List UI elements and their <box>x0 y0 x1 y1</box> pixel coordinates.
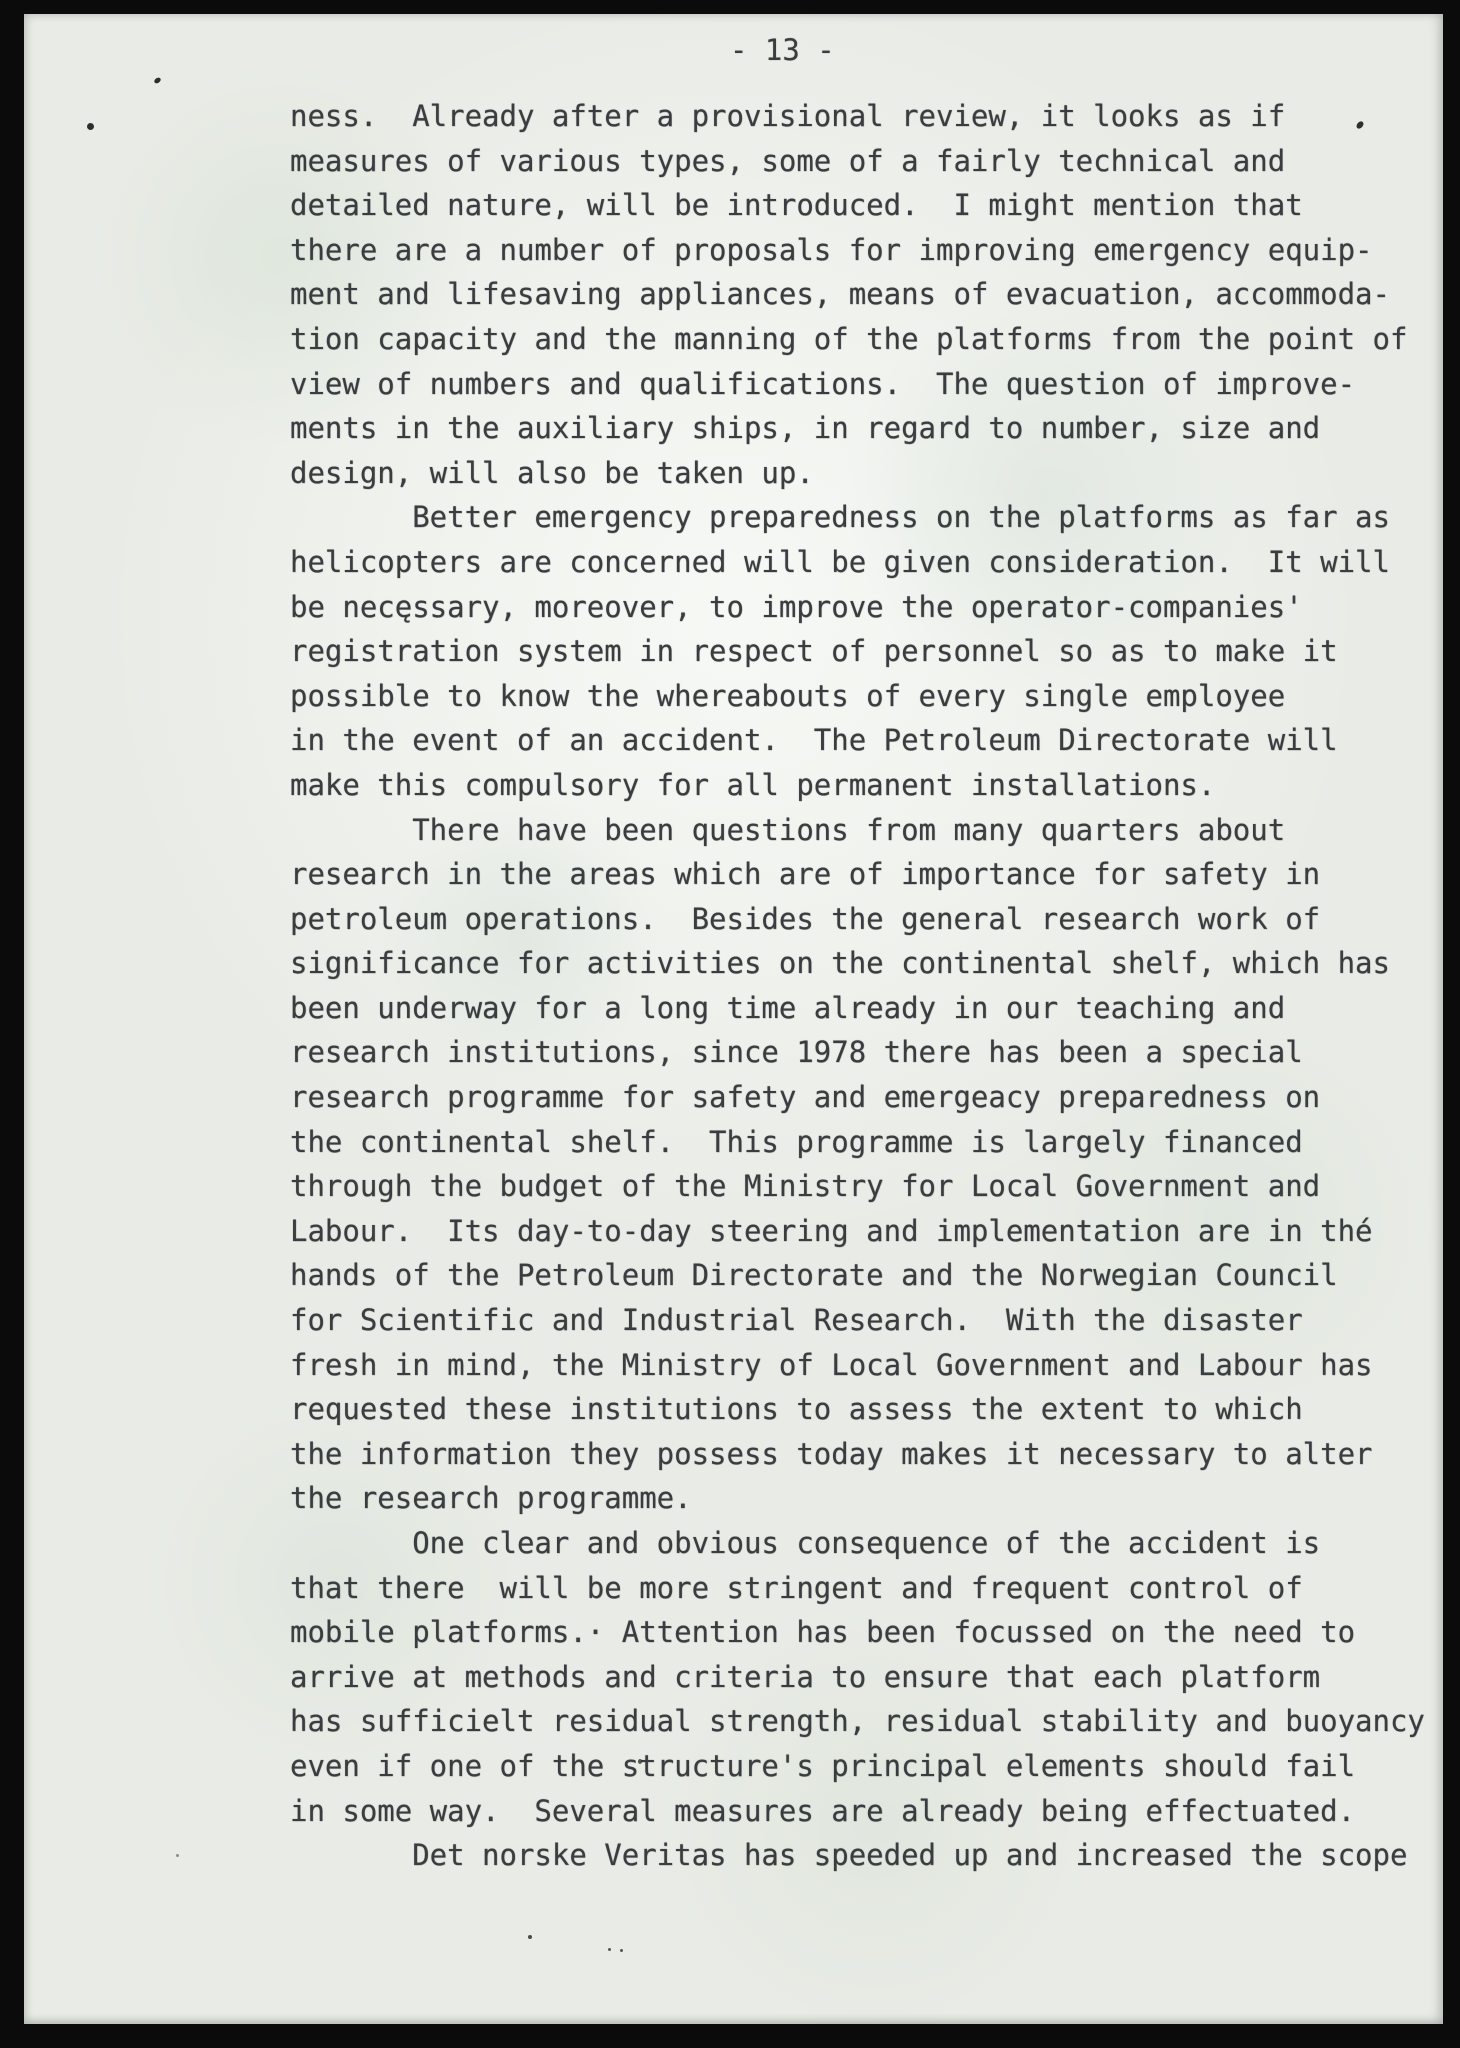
dust-speck <box>620 1949 623 1952</box>
scanned-document: { "page": { "number": "- 13 -" }, "body"… <box>0 0 1460 2048</box>
dust-speck <box>528 1935 532 1939</box>
dust-speck <box>638 1759 642 1764</box>
dust-speck <box>87 123 94 130</box>
dust-speck <box>608 1948 611 1951</box>
page-number: - 13 - <box>730 30 835 70</box>
typewritten-text: ness. Already after a provisional review… <box>290 94 1425 1878</box>
dust-speck <box>153 76 162 84</box>
paper-sheet: - 13 - ness. Already after a provisional… <box>24 14 1443 2024</box>
dust-speck <box>176 1854 179 1857</box>
